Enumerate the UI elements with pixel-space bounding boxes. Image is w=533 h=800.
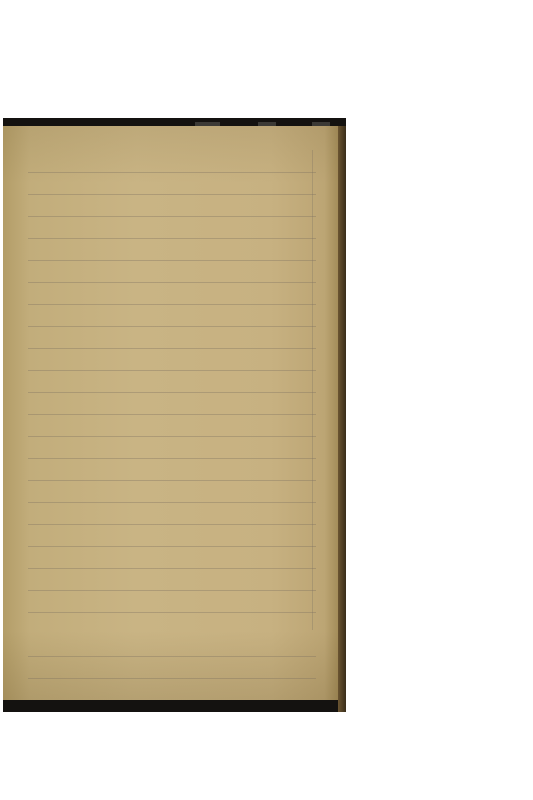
ruled-line (28, 568, 316, 569)
ruled-line (28, 172, 316, 173)
ruled-line (28, 436, 316, 437)
ruled-line (28, 260, 316, 261)
ledger-page (3, 126, 338, 700)
ruled-line (28, 590, 316, 591)
ruled-line (28, 480, 316, 481)
book-spine-edge (338, 126, 346, 712)
ruled-line (28, 678, 316, 679)
ruled-line (28, 348, 316, 349)
right-margin-rule (312, 150, 313, 630)
ruled-line (28, 612, 316, 613)
ruled-line (28, 326, 316, 327)
ruled-line (28, 414, 316, 415)
ruled-line (28, 370, 316, 371)
ruled-line (28, 524, 316, 525)
ruled-line (28, 458, 316, 459)
ruled-line (28, 238, 316, 239)
ruled-line (28, 282, 316, 283)
ruled-line (28, 656, 316, 657)
ruled-line (28, 546, 316, 547)
ruled-line (28, 304, 316, 305)
ruled-line (28, 194, 316, 195)
ruled-line (28, 392, 316, 393)
ruled-line (28, 216, 316, 217)
ruled-line (28, 502, 316, 503)
